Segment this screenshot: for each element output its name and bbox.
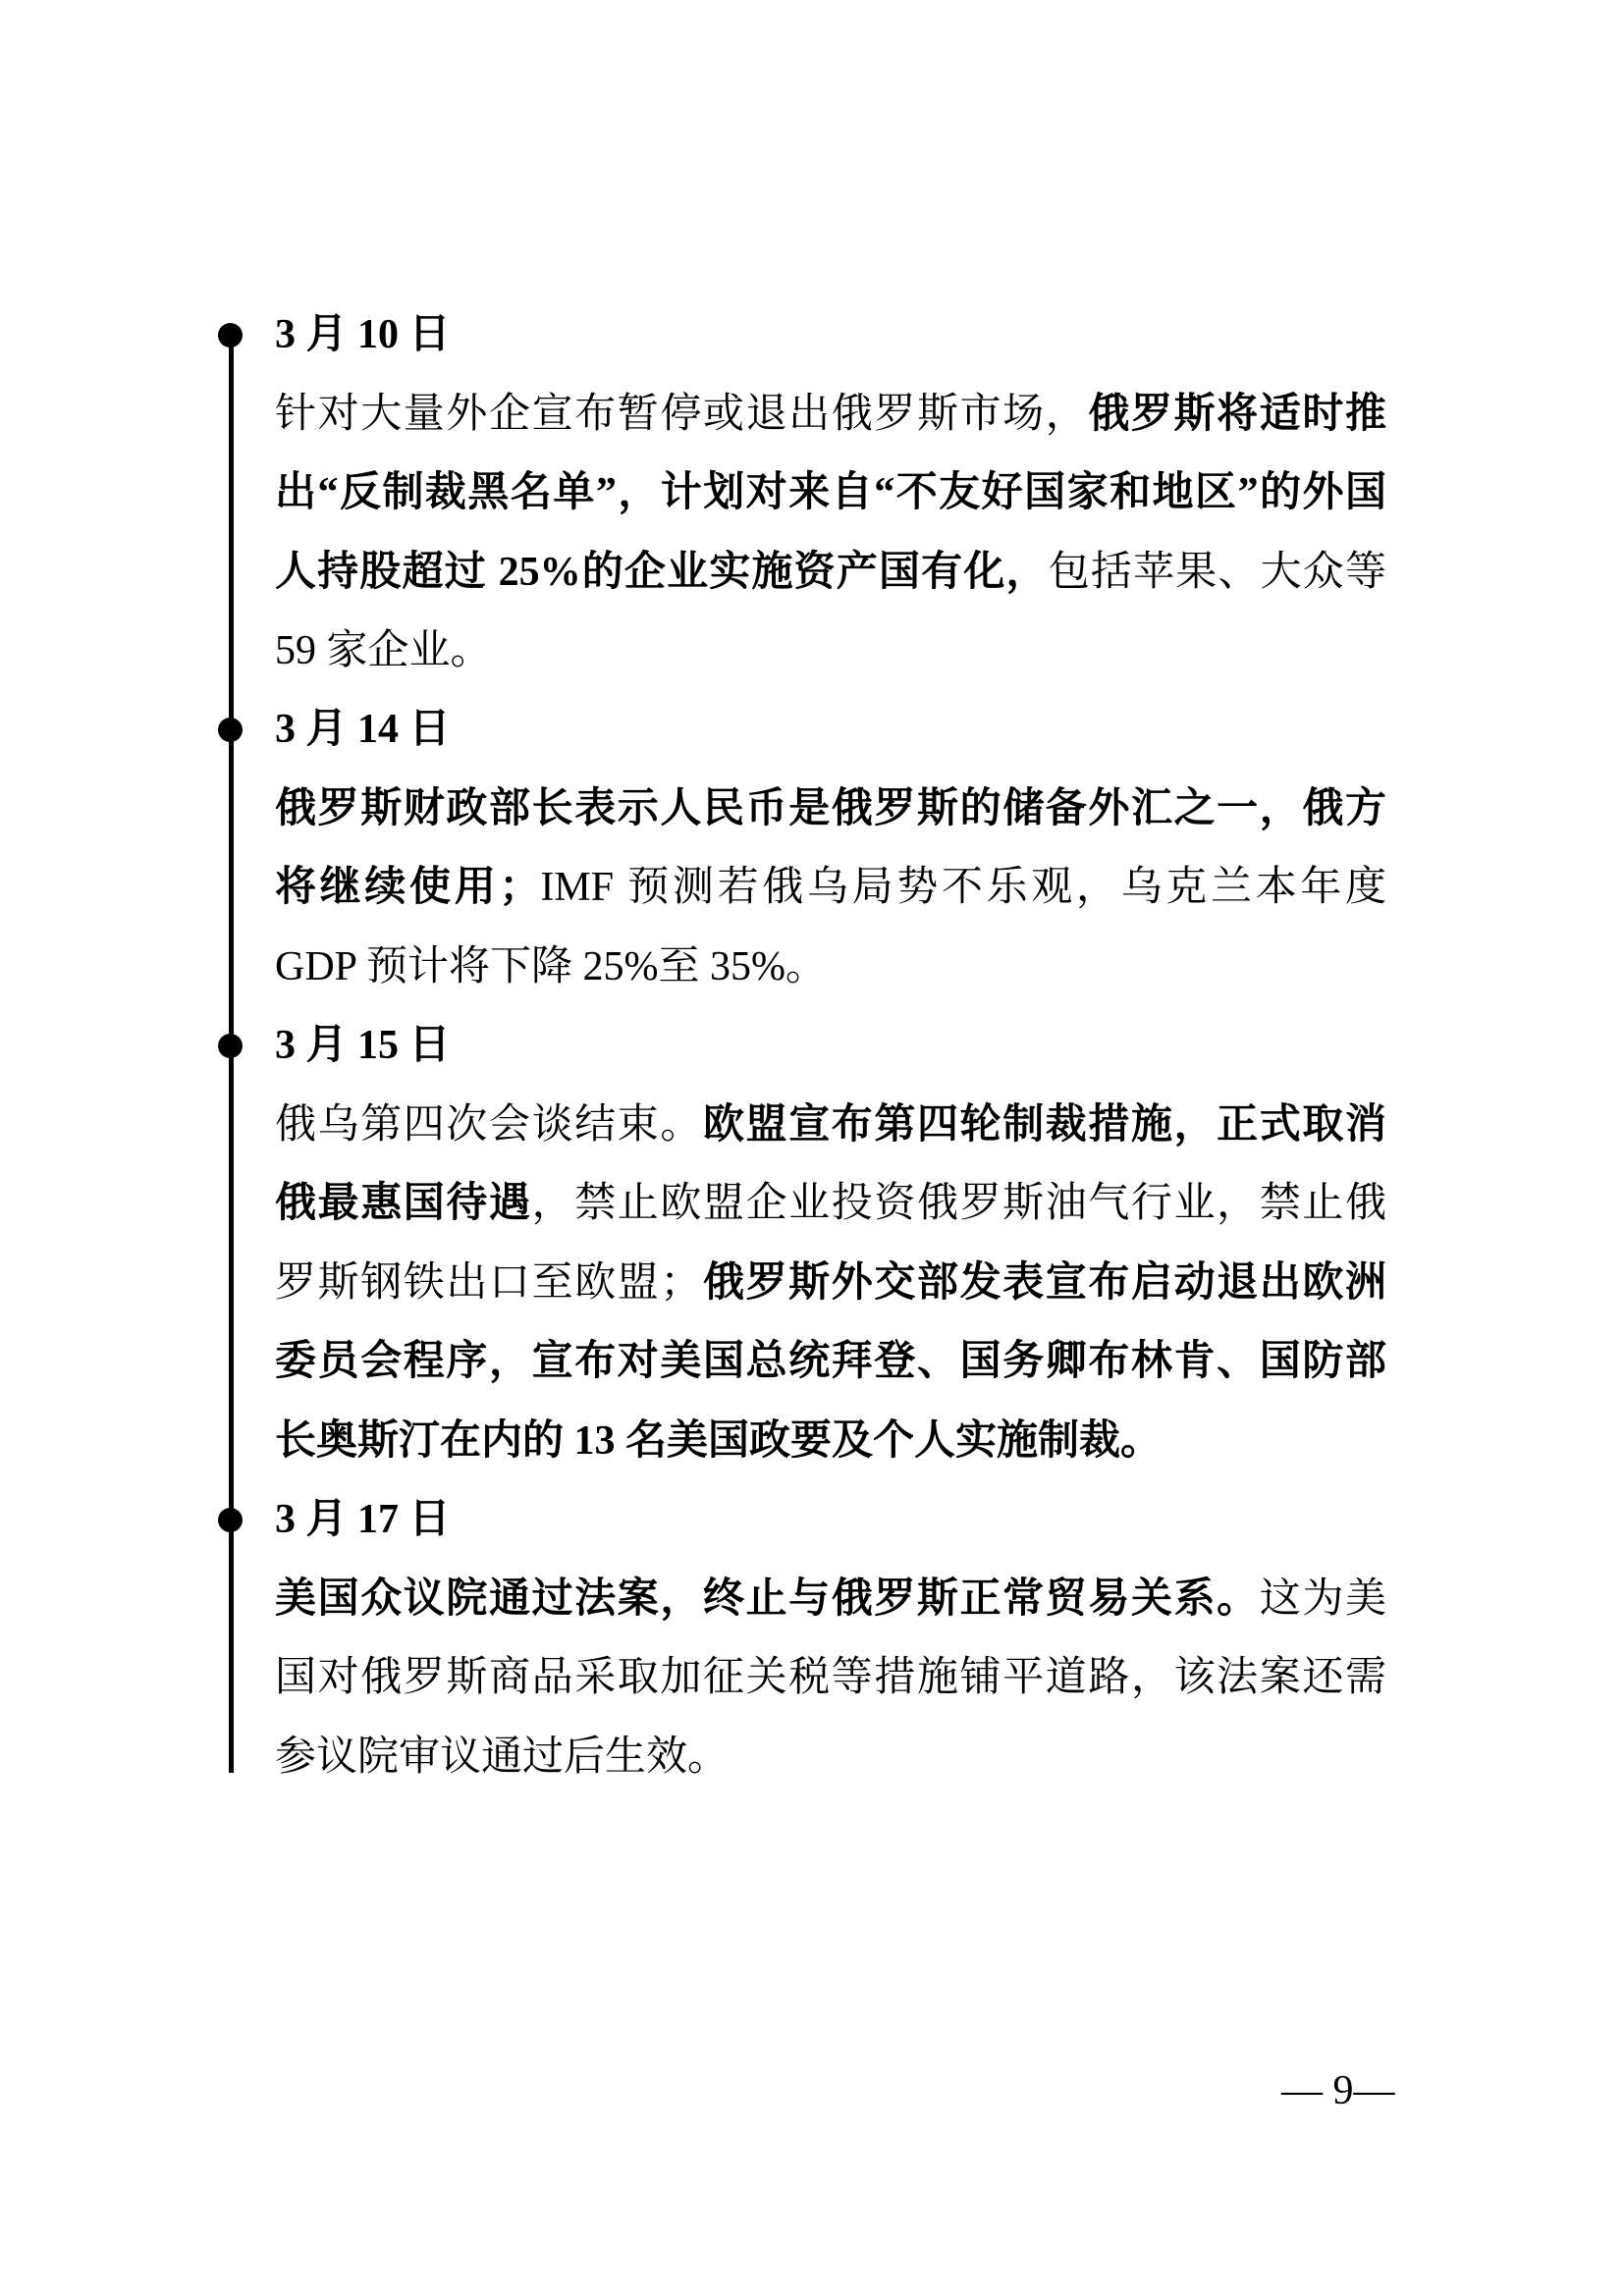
text-segment: 俄乌第四次会谈结束。: [275, 1102, 703, 1148]
timeline-section: 3 月 14 日俄罗斯财政部长表示人民币是俄罗斯的储备外汇之一，俄方将继续使用；…: [275, 690, 1386, 1006]
timeline-paragraph: 俄乌第四次会谈结束。欧盟宣布第四轮制裁措施，正式取消俄最惠国待遇，禁止欧盟企业投…: [275, 1086, 1386, 1481]
timeline-bullet-icon: [218, 1508, 243, 1532]
text-segment: 针对大量外企宣布暂停或退出俄罗斯市场，: [275, 392, 1088, 437]
document-page: 3 月 10 日针对大量外企宣布暂停或退出俄罗斯市场，俄罗斯将适时推出“反制裁黑…: [0, 0, 1624, 2296]
timeline-paragraph: 美国众议院通过法案，终止与俄罗斯正常贸易关系。这为美国对俄罗斯商品采取加征关税等…: [275, 1560, 1386, 1797]
timeline-bullet-icon: [218, 323, 243, 347]
timeline-date: 3 月 15 日: [275, 1006, 1386, 1086]
timeline-date: 3 月 10 日: [275, 295, 1386, 375]
timeline-date: 3 月 14 日: [275, 690, 1386, 770]
timeline-section: 3 月 15 日俄乌第四次会谈结束。欧盟宣布第四轮制裁措施，正式取消俄最惠国待遇…: [275, 1006, 1386, 1480]
page-number: — 9—: [1281, 2068, 1395, 2113]
timeline-bullet-icon: [218, 1034, 243, 1058]
timeline-paragraph: 针对大量外企宣布暂停或退出俄罗斯市场，俄罗斯将适时推出“反制裁黑名单”，计划对来…: [275, 375, 1386, 691]
timeline-section: 3 月 17 日美国众议院通过法案，终止与俄罗斯正常贸易关系。这为美国对俄罗斯商…: [275, 1480, 1386, 1796]
text-segment: 美国众议院通过法案，终止与俄罗斯正常贸易关系。: [275, 1576, 1260, 1622]
timeline-paragraph: 俄罗斯财政部长表示人民币是俄罗斯的储备外汇之一，俄方将继续使用；IMF 预测若俄…: [275, 770, 1386, 1007]
timeline-section: 3 月 10 日针对大量外企宣布暂停或退出俄罗斯市场，俄罗斯将适时推出“反制裁黑…: [275, 295, 1386, 691]
timeline-bullet-icon: [218, 718, 243, 742]
timeline-date: 3 月 17 日: [275, 1480, 1386, 1560]
